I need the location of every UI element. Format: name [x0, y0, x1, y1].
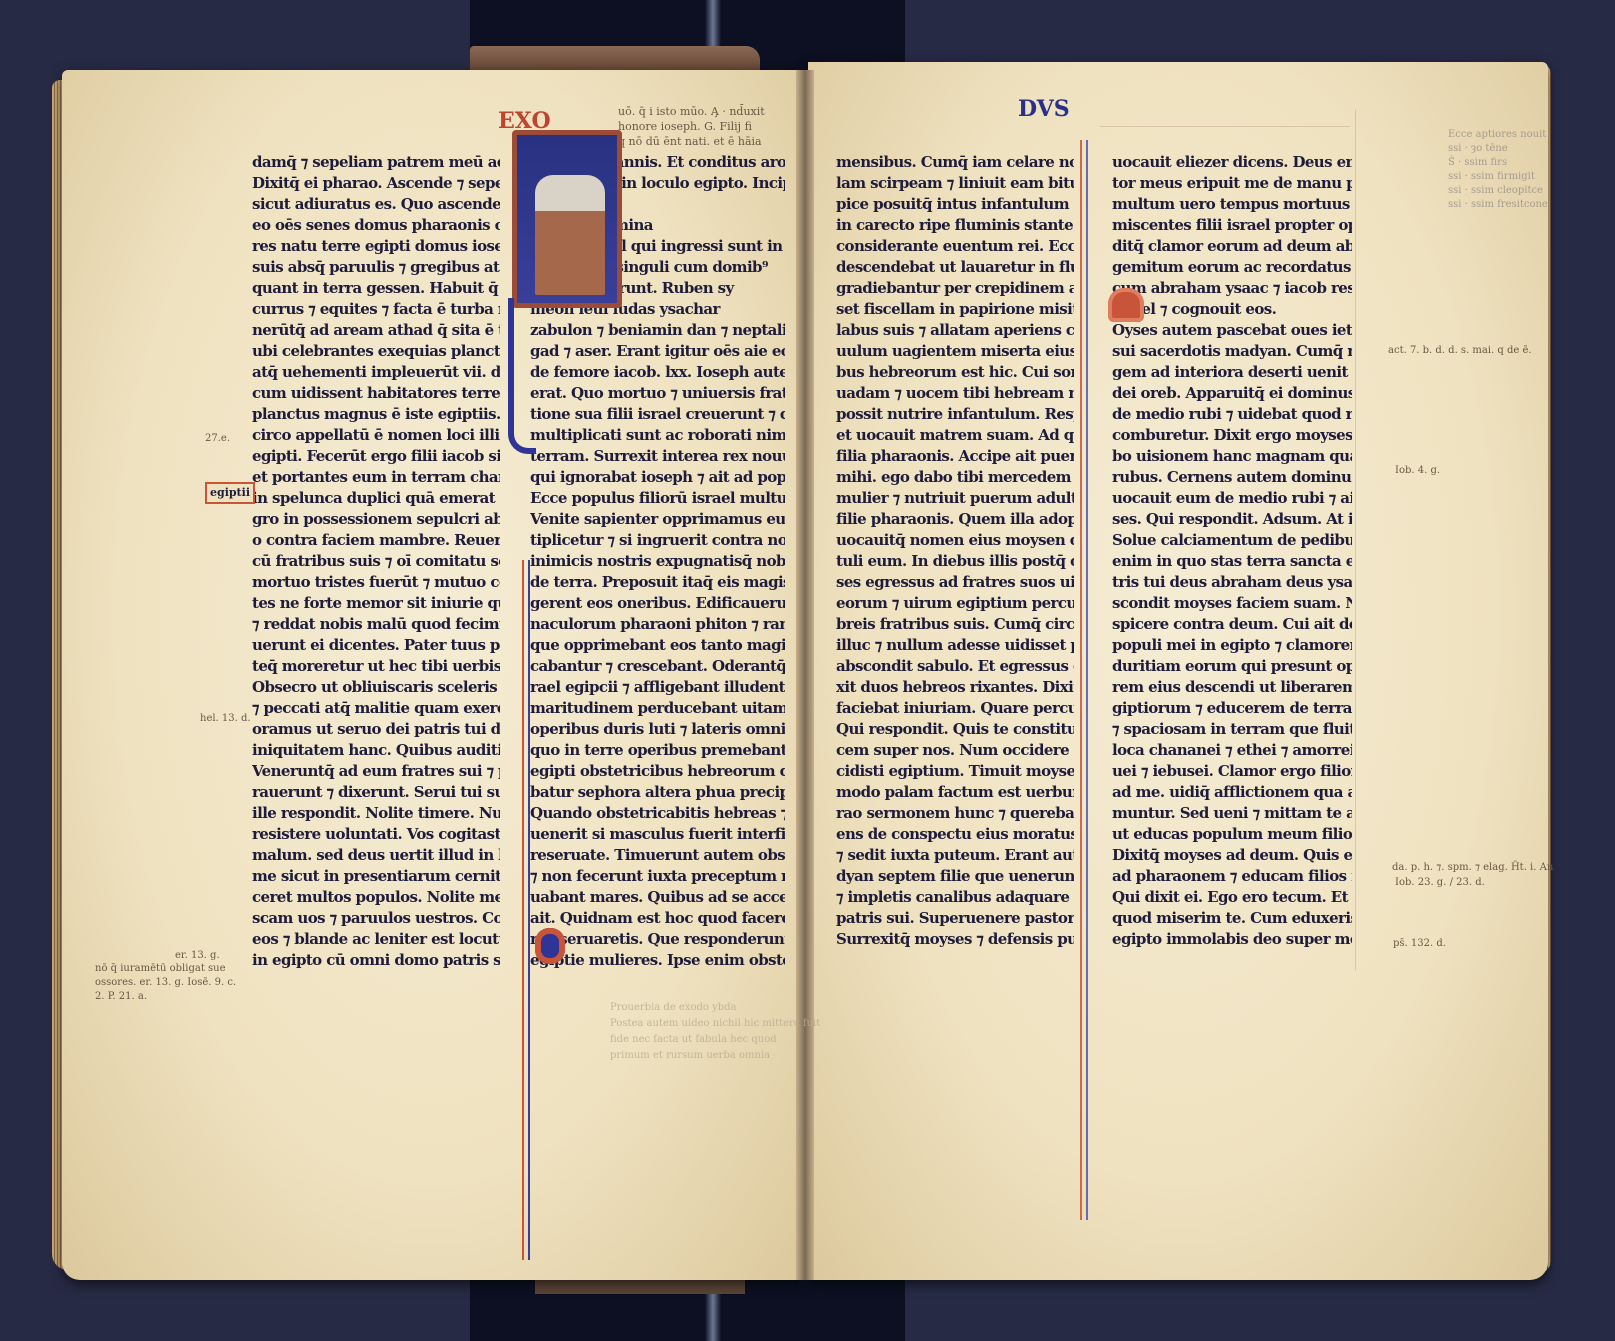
text-line: maritudinem perducebant uitam eorum — [530, 698, 785, 719]
header-note-line: uō. q̄ i isto mūo. A̧ · nd̄uxit — [618, 104, 765, 119]
decorated-initial-e — [535, 928, 565, 964]
text-line: et portantes eum in terram chanaan sepel… — [252, 467, 500, 488]
text-line: reseruate. Timuerunt autem obstetrices d… — [530, 845, 785, 866]
header-note-line: q nō dū ēnt nati. et ē hāia — [618, 134, 765, 149]
text-line: dei oreb. Apparuitq̄ ei dominus in flamm… — [1112, 383, 1352, 404]
text-line: tione sua filii israel creuerunt ⁊ quasi… — [530, 404, 785, 425]
text-line: gem ad interiora deserti uenit ad montem — [1112, 362, 1352, 383]
text-line: Obsecro ut obliuiscaris sceleris fratrum… — [252, 677, 500, 698]
offset-note-line: ssi · ssim cleopitce — [1448, 184, 1548, 198]
text-line: in spelunca duplici quā emerat abraham c… — [252, 488, 500, 509]
text-line: multum uero tempus mortuus ē rex egipti.… — [1112, 194, 1352, 215]
text-line: zabulon ⁊ beniamin dan ⁊ neptalim — [530, 320, 785, 341]
figures-scene — [535, 175, 605, 295]
text-line: inimicis nostris expugnatisq̄ nobis egre… — [530, 551, 785, 572]
margin-annotation: ps̄. 132. d. — [1393, 938, 1446, 949]
margin-annotation: Iob. 4. g. — [1395, 465, 1440, 476]
text-line: sicut adiuratus es. Quo ascendente ierūt… — [252, 194, 500, 215]
text-line: uadam ⁊ uocem tibi hebream mulierem que — [836, 383, 1074, 404]
text-line: scam uos ⁊ paruulos uestros. Consolatusq… — [252, 908, 500, 929]
text-line: egiptie mulieres. Ipse enim obstetricand… — [530, 950, 785, 971]
text-line: eorum ⁊ uirum egiptium percutientem quen… — [836, 593, 1074, 614]
text-line: enim in quo stas terra sancta est. Et ai… — [1112, 551, 1352, 572]
text-line: ⁊ sedit iuxta puteum. Erant autem sacerd… — [836, 845, 1074, 866]
text-line: filia pharaonis. Accipe ait puerum istum… — [836, 446, 1074, 467]
text-line: rael egipcii ⁊ affligebant illudentes ei… — [530, 677, 785, 698]
text-line: naculorum pharaoni phiton ⁊ ramesses. Qu… — [530, 614, 785, 635]
text-line: ut educas populum meum filios israel de … — [1112, 824, 1352, 845]
text-line: Solue calciamentum de pedibus tuis. Locu… — [1112, 530, 1352, 551]
text-line: ses egressus ad fratres suos uidit affli… — [836, 572, 1074, 593]
text-line: rem eius descendi ut liberarem eum de ma… — [1112, 677, 1352, 698]
text-line: cum abraham ysaac ⁊ iacob respexit filio… — [1112, 278, 1352, 299]
text-line: eo oēs senes domus pharaonis cūctiq̄ mai… — [252, 215, 500, 236]
text-line: scondit moyses faciem suam. Non enim aud… — [1112, 593, 1352, 614]
text-line: breis fratribus suis. Cumq̄ circumspexis… — [836, 614, 1074, 635]
margin-annotation: ossores. er. 13. g. Iosē. 9. c. — [95, 977, 236, 988]
text-line: que opprimebant eos tanto magis multipli — [530, 635, 785, 656]
text-line: ditq̄ clamor eorum ad deum ab operibus. … — [1112, 236, 1352, 257]
text-line: muntur. Sed ueni ⁊ mittam te ad pharaone… — [1112, 803, 1352, 824]
text-line: lis adaquauit oues earum. Que cum reuert… — [836, 950, 1074, 952]
text-line: uulum uagientem miserta eius ait. De inf… — [836, 341, 1074, 362]
offset-note-line: ssi · ssim fresitcone — [1448, 198, 1548, 212]
text-line: gradiebantur per crepidinem aluei. Que c… — [836, 278, 1074, 299]
pen-flourish-right — [1080, 140, 1088, 1220]
text-line: Qui dixit ei. Ego ero tecum. Et hoc habe… — [1112, 887, 1352, 908]
ruling-line — [1355, 110, 1356, 970]
text-line: spicere contra deum. Cui ait dominus. Vi… — [1112, 614, 1352, 635]
text-line: uei ⁊ iebusei. Clamor ergo filiorum isra… — [1112, 761, 1352, 782]
text-line: batur sephora altera phua precipiens eis… — [530, 782, 785, 803]
text-line: Venite sapienter opprimamus eum ne forte… — [530, 509, 785, 530]
text-column-right-1: mensibus. Cumq̄ iam celare non posset su… — [836, 152, 1074, 952]
text-line: tris tui deus abraham deus ysaac ⁊ deus … — [1112, 572, 1352, 593]
offset-note-line: Ṡ̈ · ssim firs — [1448, 156, 1548, 170]
offset-note-line: ssi · ssim firmigit — [1448, 170, 1548, 184]
historiated-initial-i — [512, 130, 622, 308]
faded-later-note: Prouerbia de exodo ybda Postea autem uid… — [610, 1000, 820, 1064]
text-line: bus hebreorum est hic. Cui soror pueri. … — [836, 362, 1074, 383]
text-line: erat. Quo mortuo ⁊ uniuersis fratribus e… — [530, 383, 785, 404]
margin-annotation: er. 13. g. — [175, 950, 220, 961]
text-line: planctus magnus ē iste egiptiis. Et idci… — [252, 404, 500, 425]
text-line: cidisti egiptium. Timuit moyses ⁊ ait. Q… — [836, 761, 1074, 782]
faded-note-line: Prouerbia de exodo ybda — [610, 1000, 820, 1016]
text-line: tes ne forte memor sit iniurie quā passu… — [252, 593, 500, 614]
text-line: atq̄ uehementi impleuerūt vii. dies. Quo… — [252, 362, 500, 383]
text-line: ⁊ peccati atq̄ malitie quam exercuerūt i… — [252, 698, 500, 719]
text-line: possit nutrire infantulum. Respondit. Va… — [836, 404, 1074, 425]
text-line: cem super nos. Num occidere me tu uis si… — [836, 740, 1074, 761]
text-line: egipti obstetricibus hebreorum quarum un… — [530, 761, 785, 782]
text-line: mihi. ego dabo tibi mercedem tuam. Susce… — [836, 467, 1074, 488]
text-line: teq̄ moreretur ut hec tibi uerbis illius… — [252, 656, 500, 677]
text-line: Dixitq̄ moyses ad deum. Quis ego sum ut … — [1112, 845, 1352, 866]
text-line: bo uisionem hanc magnam quare non combur… — [1112, 446, 1352, 467]
offset-note-line: Ecce aptiores nouit — [1448, 128, 1548, 142]
text-line: uocauit eliezer dicens. Deus enim patris… — [1112, 152, 1352, 173]
text-line: Dixitq̄ ei pharao. Ascende ⁊ sepeli patr… — [252, 173, 500, 194]
text-line: circo appellatū ē nomen loci illius plan… — [252, 425, 500, 446]
text-line: abscondit sabulo. Et egressus die altero… — [836, 656, 1074, 677]
text-line: ⁊ spaciosam in terram que fluit lacte ⁊ … — [1112, 719, 1352, 740]
header-note-line: honore ioseph. G. Filij fi — [618, 119, 765, 134]
text-line: filie pharaonis. Quem illa adoptauit in … — [836, 509, 1074, 530]
text-line: ros seruaretis. Que responderunt. Non su… — [530, 929, 785, 950]
text-line: uabant mares. Quibus ad se accersitis re… — [530, 887, 785, 908]
margin-boxed-word: egiptii — [205, 482, 255, 504]
text-column-left-1: damq̄ ⁊ sepeliam patrem meū ad reuertar.… — [252, 152, 500, 972]
text-line: sui sacerdotis madyan. Cumq̄ minasset gr… — [1112, 341, 1352, 362]
text-line: cabantur ⁊ crescebant. Oderantq̄ filios … — [530, 656, 785, 677]
text-line: o contra faciem mambre. Reuersusq̄ ē ios… — [252, 530, 500, 551]
text-line: quant in terra gessen. Habuit q̄ in comi… — [252, 278, 500, 299]
text-line: Qui respondit. Quis te constituit princi… — [836, 719, 1074, 740]
gutter — [796, 70, 814, 1280]
text-line: israel ⁊ cognouit eos. — [1112, 299, 1352, 320]
text-line: patris sui. Superuenere pastores ⁊ eiece… — [836, 908, 1074, 929]
text-line: miscentes filii israel propter opera uoc… — [1112, 215, 1352, 236]
margin-annotation: hel. 13. d. — [200, 713, 251, 724]
text-line: suis absq̄ paruulis ⁊ gregibus atq̄ arme… — [252, 257, 500, 278]
text-line: quod miserim te. Cum eduxeris populum me… — [1112, 908, 1352, 929]
text-line: uenerit si masculus fuerit interficite e… — [530, 824, 785, 845]
text-line: et uocauit matrem suam. Ad quam locuta — [836, 425, 1074, 446]
text-line: dyan septem filie que uenerunt ad haurie… — [836, 866, 1074, 887]
text-line: Veneruntq̄ ad eum fratres sui ⁊ proni in… — [252, 761, 500, 782]
initial-tail — [508, 298, 536, 454]
text-line: currus ⁊ equites ⁊ facta ē turba nō modi… — [252, 299, 500, 320]
text-line: mulier ⁊ nutriuit puerum adultumq̄ tradi… — [836, 488, 1074, 509]
text-line: Quando obstetricabitis hebreas ⁊ partus … — [530, 803, 785, 824]
text-line: ⁊ impletis canalibus adaquare cupiebant … — [836, 887, 1074, 908]
margin-annotation: da. p. h. ⁊. spm. ⁊ elag. H̃t. i. An — [1392, 862, 1553, 873]
text-line: labus suis ⁊ allatam aperiens cernensq̄ … — [836, 320, 1074, 341]
text-line: ses. Qui respondit. Adsum. At ille. Ne a… — [1112, 509, 1352, 530]
text-line: faciebat iniuriam. Quare percutis proxim… — [836, 698, 1074, 719]
text-line: cū fratribus suis ⁊ oī comitatu sepulto … — [252, 551, 500, 572]
text-line: quo in terre operibus premebantur. Dixit… — [530, 740, 785, 761]
text-line: iniquitatem hanc. Quibus auditis fleuit … — [252, 740, 500, 761]
text-line: uocauitq̄ nomen eius moysen dicens. Quia… — [836, 530, 1074, 551]
text-line: oramus ut seruo dei patris tui dimittas — [252, 719, 500, 740]
text-line: Oyses autem pascebat oues iethro soceri — [1112, 320, 1352, 341]
text-line: multiplicati sunt ac roborati nimis impl… — [530, 425, 785, 446]
running-head-right: DVS — [1018, 96, 1070, 122]
decorated-initial-m — [1108, 288, 1144, 322]
text-line: tuli eum. In diebus illis postq̄ creuera… — [836, 551, 1074, 572]
text-line: ad pharaonem ⁊ educam filios israel de e… — [1112, 866, 1352, 887]
text-line: egipti. Fecerūt ergo filii iacob sicut p… — [252, 446, 500, 467]
ruling-line — [1100, 126, 1350, 127]
text-line: mortuo tristes fuerūt ⁊ mutuo colloq̄ — [252, 572, 500, 593]
text-line: considerante euentum rei. Ecce autem fil… — [836, 236, 1074, 257]
text-line: uocauit eum de medio rubi ⁊ ait. Moyses … — [1112, 488, 1352, 509]
text-line: loca chananei ⁊ ethei ⁊ amorrei ferezei … — [1112, 740, 1352, 761]
text-line: de medio rubi ⁊ uidebat quod rubus arder… — [1112, 404, 1352, 425]
text-line: tor meus eripuit me de manu pharaonis. P… — [1112, 173, 1352, 194]
text-line: lam scirpeam ⁊ liniuit eam bitumine ac — [836, 173, 1074, 194]
text-line: gerent eos oneribus. Edificaueruntq̄ urb… — [530, 593, 785, 614]
faded-note-line: fide nec facta ut fabula hec quod — [610, 1032, 820, 1048]
text-line: me sicut in presentiarum cernitis ⁊ salu… — [252, 866, 500, 887]
text-line: uerunt ei dicentes. Pater tuus precepit … — [252, 635, 500, 656]
text-line: annis centū decē. Et uidit ephraim filio… — [252, 971, 500, 972]
text-line: Ecce populus filiorū israel multus ⁊ for… — [530, 488, 785, 509]
pen-flourish-left — [522, 560, 530, 1260]
text-line: pice posuitq̄ intus infantulum ⁊ exposui… — [836, 194, 1074, 215]
text-line: duritiam eorum qui presunt operibus. Et … — [1112, 656, 1352, 677]
text-line: ceret multos populos. Nolite metuere. Eg… — [252, 887, 500, 908]
text-line: ens de conspectu eius moratus est in ter… — [836, 824, 1074, 845]
margin-annotation: act. 7. b. d. d. s. mai. q de ē. — [1388, 345, 1532, 356]
text-line: mensibus. Cumq̄ iam celare non posset su… — [836, 152, 1074, 173]
text-line: gro in possessionem sepulcri ab ephron e… — [252, 509, 500, 530]
text-line: eos ⁊ blande ac leniter est locutus. Et … — [252, 929, 500, 950]
text-line: rauerunt ⁊ dixerunt. Serui tui sumus. Qu… — [252, 782, 500, 803]
text-line: res natu terre egipti domus ioseph cū fr… — [252, 236, 500, 257]
text-line: gad ⁊ aser. Erant igitur oēs aie eorū qu… — [530, 341, 785, 362]
margin-annotation: 2. P. 21. a. — [95, 991, 147, 1002]
text-line: rao sermonem hunc ⁊ querebat occidere mo… — [836, 803, 1074, 824]
text-line: giptiorum ⁊ educerem de terra illa in te… — [1112, 698, 1352, 719]
faded-note-line: primum et rursum uerba omnia — [610, 1048, 820, 1064]
text-line: set fiscellam in papirione misit unam e … — [836, 299, 1074, 320]
text-line: ille respondit. Nolite timere. Num dei p… — [252, 803, 500, 824]
text-line: in carecto ripe fluminis stante procul s… — [836, 215, 1074, 236]
offset-note: Ecce aptiores nouit ssi · ȝo tēne Ṡ̈ · s… — [1448, 128, 1548, 212]
book-spine-bottom — [535, 1278, 745, 1294]
margin-annotation: 27.e. — [205, 433, 230, 444]
text-line: de terra. Preposuit itaq̄ eis magistros … — [530, 572, 785, 593]
header-note: uō. q̄ i isto mūo. A̧ · nd̄uxit honore i… — [618, 104, 765, 149]
text-line: modo palam factum est uerbum istud. Audi… — [836, 782, 1074, 803]
offset-note-line: ssi · ȝo tēne — [1448, 142, 1548, 156]
text-line: ⁊ non fecerunt iuxta preceptum regis egi… — [530, 866, 785, 887]
text-line: ait. Quidnam est hoc quod facere uoluist… — [530, 908, 785, 929]
text-line: rubus. Cernens autem dominus quod perger… — [1112, 467, 1352, 488]
text-line: bent scientiam ⁊ priusq̄ ueniamus ad eas… — [530, 971, 785, 972]
text-line: ubi celebrantes exequias planctu magno — [252, 341, 500, 362]
faded-note-line: Postea autem uideo nichil hic mittere fu… — [610, 1016, 820, 1032]
text-line: illuc ⁊ nullum adesse uidisset percussum… — [836, 635, 1074, 656]
text-line: in egipto cū omni domo patris sui. vixit… — [252, 950, 500, 971]
text-line: terram. Surrexit interea rex nouus sup e… — [530, 446, 785, 467]
text-line: resistere uoluntati. Vos cogitastis de m… — [252, 824, 500, 845]
text-line: nerūtq̄ ad aream athad q̄ sita ē trans i… — [252, 320, 500, 341]
text-line: de femore iacob. lxx. Ioseph autem in eg… — [530, 362, 785, 383]
text-line: gemitum eorum ac recordatus federis quod… — [1112, 257, 1352, 278]
text-line: cum uidissent habitatores terre chanaan … — [252, 383, 500, 404]
text-line: damq̄ ⁊ sepeliam patrem meū ad reuertar. — [252, 152, 500, 173]
text-line: xit duos hebreos rixantes. Dixitq̄ ei qu… — [836, 677, 1074, 698]
text-line: comburetur. Dixit ergo moyses. Vadam ⁊ u… — [1112, 425, 1352, 446]
text-line: ad me. uidiq̄ afflictionem qua ab egipti… — [1112, 782, 1352, 803]
text-column-right-2: uocauit eliezer dicens. Deus enim patris… — [1112, 152, 1352, 952]
text-line: ⁊ reddat nobis malū quod fecimus. Manda — [252, 614, 500, 635]
margin-annotation: Iob. 23. g. / 23. d. — [1395, 877, 1485, 888]
text-line: tiplicetur ⁊ si ingruerit contra nos bel… — [530, 530, 785, 551]
text-line: Surrexitq̄ moyses ⁊ defensis puel — [836, 929, 1074, 950]
text-line: qui ignorabat ioseph ⁊ ait ad populū suū… — [530, 467, 785, 488]
margin-annotation: nō q̄ iuramētū obligat sue — [95, 963, 226, 974]
text-line: descendebat ut lauaretur in flumine ⁊ pu… — [836, 257, 1074, 278]
text-line: operibus duris luti ⁊ lateris omniq̄ fam… — [530, 719, 785, 740]
text-line: egipto immolabis deo super montem istum.… — [1112, 929, 1352, 950]
text-line: ses ad deum. Ecce ego uadam ad filios is… — [1112, 950, 1352, 952]
text-line: malum. sed deus uertit illud in bonū ut … — [252, 845, 500, 866]
text-line: populi mei in egipto ⁊ clamorem eius aud… — [1112, 635, 1352, 656]
